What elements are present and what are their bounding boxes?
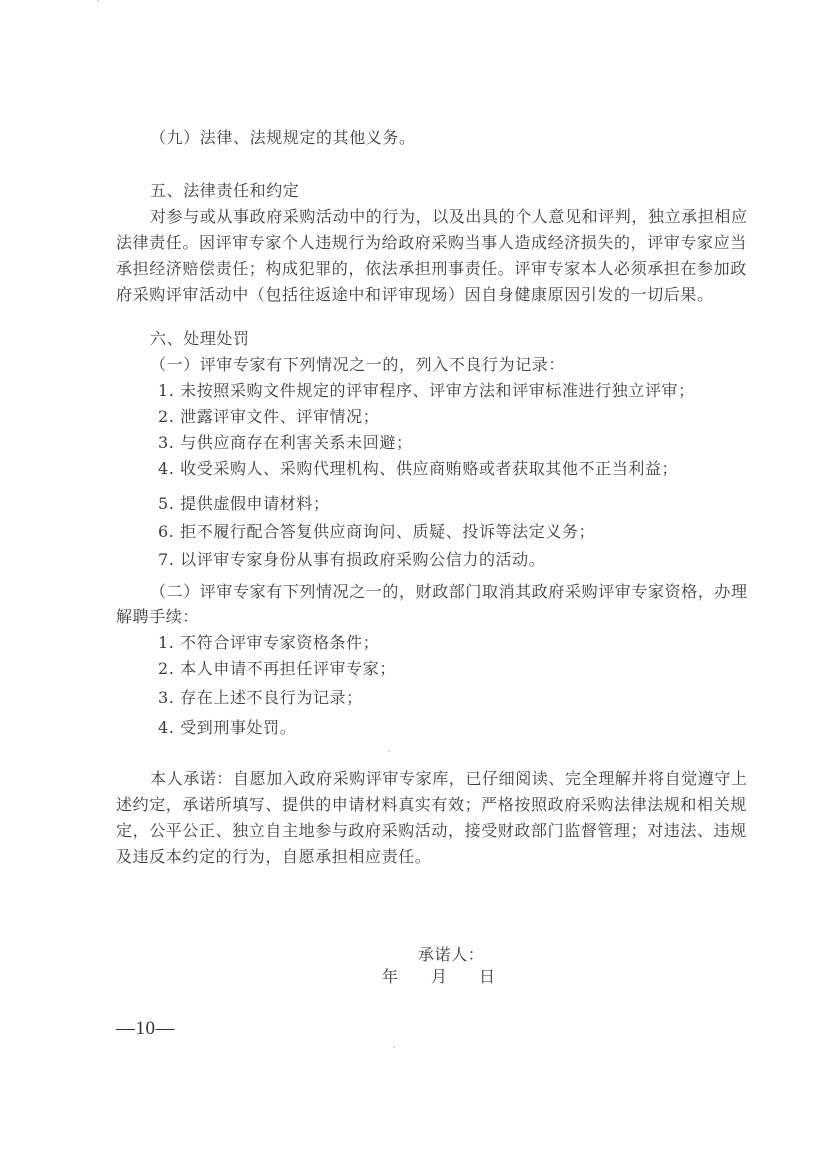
- bad-record-item-2: 2. 泄露评审文件、评审情况；: [158, 407, 379, 427]
- pledge-line-1: 本人承诺：自愿加入政府采购评审专家库，已仔细阅读、完全理解并将自觉遵守上: [150, 769, 738, 789]
- bad-record-item-6: 6. 拒不履行配合答复供应商询问、质疑、投诉等法定义务；: [158, 522, 595, 542]
- page-number: —10—: [116, 1018, 175, 1040]
- document-page: （九）法律、法规规定的其他义务。 五、法律责任和约定 对参与或从事政府采购活动中…: [0, 0, 828, 1163]
- section-5-line-1: 对参与或从事政府采购活动中的行为，以及出具的个人意见和评判，独立承担相应: [150, 207, 738, 227]
- signature-month: 月: [431, 967, 448, 987]
- pledge-line-3: 定，公平公正、独立自主地参与政府采购活动，接受财政部门监督管理；对违法、违规: [116, 821, 738, 841]
- section-5-line-2: 法律责任。因评审专家个人违规行为给政府采购当事人造成经济损失的，评审专家应当: [116, 233, 738, 253]
- dismissal-item-2: 2. 本人申请不再担任评审专家；: [158, 659, 396, 679]
- dismissal-item-3: 3. 存在上述不良行为记录；: [158, 688, 363, 708]
- scan-speck: [393, 1046, 395, 1048]
- section-5-line-3: 承担经济赔偿责任；构成犯罪的，依法承担刑事责任。评审专家本人必须承担在参加政: [116, 259, 738, 279]
- scan-speck: [388, 750, 390, 752]
- pledge-line-2: 述约定，承诺所填写、提供的申请材料真实有效；严格按照政府采购法律法规和相关规: [116, 795, 738, 815]
- dismissal-item-4: 4. 受到刑事处罚。: [158, 718, 296, 738]
- section-6-part-2-intro-line-2: 解聘手续：: [116, 607, 199, 627]
- section-6-part-1-intro: （一）评审专家有下列情况之一的，列入不良行为记录：: [150, 355, 565, 375]
- pledge-line-4: 及违反本约定的行为，自愿承担相应责任。: [116, 847, 431, 867]
- bad-record-item-1: 1. 未按照采购文件规定的评审程序、评审方法和评审标准进行独立评审；: [158, 381, 695, 401]
- bad-record-item-5: 5. 提供虚假申请材料；: [158, 494, 330, 514]
- bad-record-item-3: 3. 与供应商存在利害关系未回避；: [158, 433, 413, 453]
- bad-record-item-4: 4. 收受采购人、采购代理机构、供应商贿赂或者获取其他不正当利益；: [158, 459, 678, 479]
- signature-label: 承诺人：: [418, 945, 484, 965]
- section-5-heading: 五、法律责任和约定: [150, 181, 299, 201]
- dismissal-item-1: 1. 不符合评审专家资格条件；: [158, 633, 379, 653]
- scan-speck: [97, 0, 99, 2]
- bad-record-item-7: 7. 以评审专家身份从事有损政府采购公信力的活动。: [158, 550, 545, 570]
- signature-day: 日: [479, 967, 496, 987]
- section-5-line-4: 府采购评审活动中（包括往返途中和评审现场）因自身健康原因引发的一切后果。: [116, 285, 714, 305]
- section-6-heading: 六、处理处罚: [150, 329, 250, 349]
- section-6-part-2-intro-line-1: （二）评审专家有下列情况之一的，财政部门取消其政府采购评审专家资格，办理: [150, 582, 738, 602]
- obligation-item-9: （九）法律、法规规定的其他义务。: [150, 128, 416, 148]
- signature-year: 年: [382, 967, 399, 987]
